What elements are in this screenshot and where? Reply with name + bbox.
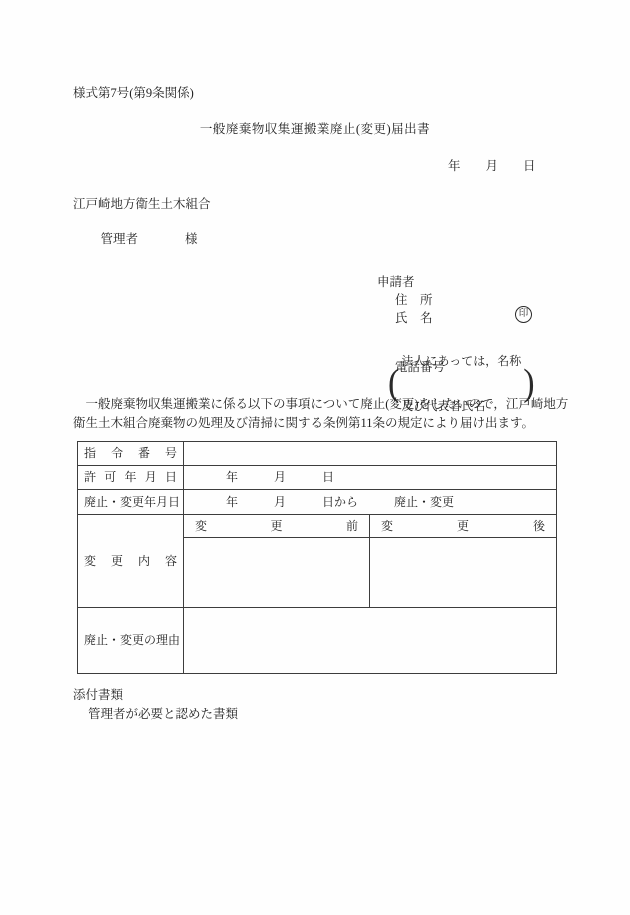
table-row: 許可年月日 年 月 日 [78, 466, 557, 490]
phone-label: 電話番号 [395, 360, 445, 376]
addressee-organization: 江戸崎地方衛生土木組合 [73, 197, 211, 213]
body-line-2: 衛生土木組合廃棄物の処理及び清掃に関する条例第11条の規定により届け出ます。 [73, 416, 534, 432]
attachments-item: 管理者が必要と認めた書類 [88, 707, 238, 723]
addressee-line: 管理者様 [88, 216, 198, 263]
main-table: 指令番号 許可年月日 年 月 日 廃止・変更年月日 年 月 日から 廃止・変更 … [77, 441, 557, 674]
after-change-cell [370, 538, 557, 608]
table-row: 指令番号 [78, 442, 557, 466]
table-row: 廃止・変更の理由 [78, 608, 557, 674]
body-line-1: 一般廃棄物収集運搬業に係る以下の事項について廃止(変更)をしたいので，江戸崎地方 [73, 397, 568, 413]
abolition-date-label: 廃止・変更年月日 [78, 490, 184, 515]
before-change-header: 変更前 [184, 515, 370, 538]
before-change-cell [184, 538, 370, 608]
form-title: 一般廃棄物収集運搬業廃止(変更)届出書 [0, 122, 630, 138]
change-content-label: 変更内容 [78, 515, 184, 608]
permit-date-label: 許可年月日 [78, 466, 184, 490]
form-number: 様式第7号(第9条関係) [73, 86, 194, 102]
address-label: 住 所 [395, 293, 433, 309]
attachments-heading: 添付書類 [73, 688, 123, 704]
honorific-label: 様 [185, 232, 198, 246]
document-page: 様式第7号(第9条関係) 一般廃棄物収集運搬業廃止(変更)届出書 年 月 日 江… [0, 0, 630, 915]
permit-date-value: 年 月 日 [184, 466, 557, 490]
abolition-date-value: 年 月 日から 廃止・変更 [184, 490, 557, 515]
applicant-heading: 申請者 [377, 275, 415, 291]
table-row: 変更内容 変更前 変更後 [78, 515, 557, 538]
close-paren-icon: ) [523, 367, 534, 401]
after-change-header: 変更後 [370, 515, 557, 538]
reason-label: 廃止・変更の理由 [78, 608, 184, 674]
table-row: 廃止・変更年月日 年 月 日から 廃止・変更 [78, 490, 557, 515]
directive-number-value [184, 442, 557, 466]
reason-value [184, 608, 557, 674]
seal-mark-icon: 印 [515, 306, 532, 323]
directive-number-label: 指令番号 [78, 442, 184, 466]
date-line: 年 月 日 [448, 159, 536, 175]
manager-label: 管理者 [101, 232, 139, 246]
